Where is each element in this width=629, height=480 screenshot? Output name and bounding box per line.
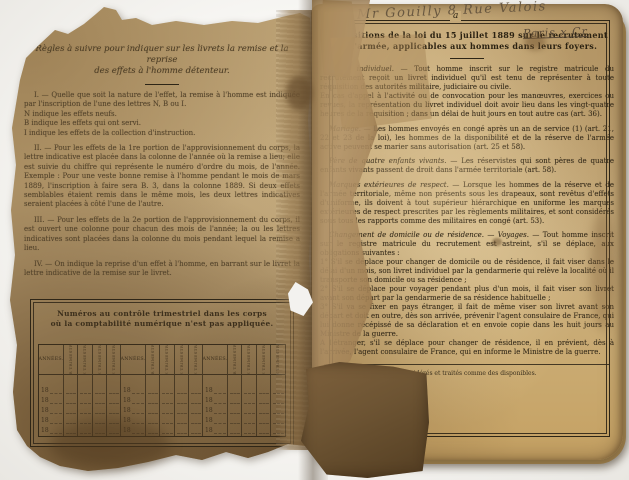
table-cell	[189, 406, 203, 416]
table-cell	[242, 416, 256, 426]
table-cell	[228, 386, 242, 396]
table-header-cell: 2e Trimestre.	[160, 345, 174, 375]
table-gap-cell	[160, 375, 174, 386]
table-cell	[93, 406, 107, 416]
table-cell	[93, 416, 107, 426]
table-cell	[175, 396, 189, 406]
table-header-cell: 3e Trimestre.	[257, 345, 271, 375]
table-cell	[257, 426, 271, 436]
table-gap-cell	[189, 375, 203, 386]
table-cell	[228, 426, 242, 436]
table-cell	[175, 406, 189, 416]
table-cell: 18	[203, 396, 228, 406]
table-cell	[242, 396, 256, 406]
table-cell	[64, 386, 78, 396]
table-cell	[107, 416, 121, 426]
table-cell: 18	[39, 396, 64, 406]
table-cell	[160, 406, 174, 416]
table-cell	[160, 416, 174, 426]
table-gap-cell	[242, 375, 256, 386]
table-header-cell: 1er Trimestre.	[228, 345, 242, 375]
table-header-cell: 4e Trimestre.	[107, 345, 121, 375]
right-page-top-tape	[330, 34, 432, 130]
table-gap-cell	[146, 375, 160, 386]
bottom-tape-patch	[301, 362, 429, 478]
rule-section-3: III. — Pour les effets de la 2e portion …	[24, 216, 300, 254]
table-cell	[228, 416, 242, 426]
table-cell: 18	[39, 416, 64, 426]
table-cell: 18	[203, 386, 228, 396]
table-cell: 18	[121, 406, 146, 416]
trimester-box: Numéros au contrôle trimestriel dans les…	[30, 299, 294, 447]
table-gap-cell	[64, 375, 78, 386]
table-cell: 18	[203, 406, 228, 416]
table-header-cell: 2e Trimestre.	[242, 345, 256, 375]
table-cell	[64, 416, 78, 426]
table-gap-cell	[78, 375, 92, 386]
table-cell	[146, 416, 160, 426]
table-gap-cell	[39, 375, 64, 386]
table-cell	[189, 396, 203, 406]
table-cell	[64, 426, 78, 436]
table-cell	[257, 406, 271, 416]
table-cell	[78, 426, 92, 436]
table-cell	[160, 386, 174, 396]
table-cell: 18	[203, 416, 228, 426]
table-cell	[146, 396, 160, 406]
rule-section-4: IV. — On indique la reprise d'un effet à…	[24, 260, 300, 279]
table-cell: 18	[121, 426, 146, 436]
table-header-cell: Années.	[39, 345, 64, 375]
table-cell	[257, 396, 271, 406]
table-cell	[78, 416, 92, 426]
table-header-cell: Années.	[121, 345, 146, 375]
trimester-table: Années.1er Trimestre.2e Trimestre.3e Tri…	[38, 344, 286, 437]
table-gap-cell	[93, 375, 107, 386]
table-cell	[242, 386, 256, 396]
table-gap-cell	[228, 375, 242, 386]
table-header-cell: 4e Trimestre.	[189, 345, 203, 375]
rules-title-line1: Règles à suivre pour indiquer sur les li…	[24, 44, 300, 66]
table-cell: 18	[121, 396, 146, 406]
table-gap-cell	[121, 375, 146, 386]
table-cell	[160, 426, 174, 436]
table-gap-cell	[203, 375, 228, 386]
table-cell: 18	[39, 426, 64, 436]
trimester-box-heading-line1: Numéros au contrôle trimestriel dans les…	[31, 309, 293, 319]
table-cell	[257, 416, 271, 426]
table-header-cell: 3e Trimestre.	[175, 345, 189, 375]
scanned-booklet: Dispositions de la loi du 15 juillet 188…	[0, 0, 629, 480]
table-header-cell: 1er Trimestre.	[146, 345, 160, 375]
table-header-cell: Années.	[203, 345, 228, 375]
rule-section-1: I. — Quelle que soit la nature de l'effe…	[24, 91, 300, 138]
rules-title: Règles à suivre pour indiquer sur les li…	[24, 44, 300, 77]
table-cell	[160, 396, 174, 406]
table-cell: 18	[39, 386, 64, 396]
table-cell	[78, 396, 92, 406]
table-cell	[78, 406, 92, 416]
table-cell	[242, 406, 256, 416]
table-cell	[78, 386, 92, 396]
table-cell	[93, 396, 107, 406]
table-gap-cell	[257, 375, 271, 386]
table-cell	[107, 386, 121, 396]
rule-section-2: II. — Pour les effets de la 1re portion …	[24, 144, 300, 210]
table-cell	[228, 406, 242, 416]
table-cell	[175, 426, 189, 436]
rules-title-line2: des effets à l'homme détenteur.	[24, 66, 300, 77]
table-cell	[107, 426, 121, 436]
table-cell	[257, 386, 271, 396]
table-gap-cell	[175, 375, 189, 386]
table-cell	[93, 426, 107, 436]
table-cell	[189, 386, 203, 396]
table-cell	[175, 416, 189, 426]
table-cell	[242, 426, 256, 436]
table-gap-cell	[107, 375, 121, 386]
table-cell	[146, 386, 160, 396]
table-cell	[189, 426, 203, 436]
table-cell	[64, 396, 78, 406]
table-cell	[107, 396, 121, 406]
table-cell: 18	[39, 406, 64, 416]
table-cell	[175, 386, 189, 396]
title-divider	[145, 84, 179, 85]
table-cell	[146, 406, 160, 416]
table-cell: 18	[121, 416, 146, 426]
table-cell	[228, 396, 242, 406]
table-cell: 18	[203, 426, 228, 436]
table-header-cell: 1er Trimestre.	[64, 345, 78, 375]
table-cell	[189, 416, 203, 426]
table-cell	[146, 426, 160, 436]
table-cell	[107, 406, 121, 416]
table-header-cell: 2e Trimestre.	[78, 345, 92, 375]
trimester-box-heading: Numéros au contrôle trimestriel dans les…	[31, 309, 293, 328]
left-page-content: Règles à suivre pour indiquer sur les li…	[24, 44, 300, 284]
table-header-cell: 3e Trimestre.	[93, 345, 107, 375]
table-cell	[64, 406, 78, 416]
table-cell	[93, 386, 107, 396]
trimester-box-heading-line2: où la comptabilité numérique n'est pas a…	[31, 319, 293, 329]
table-cell: 18	[121, 386, 146, 396]
